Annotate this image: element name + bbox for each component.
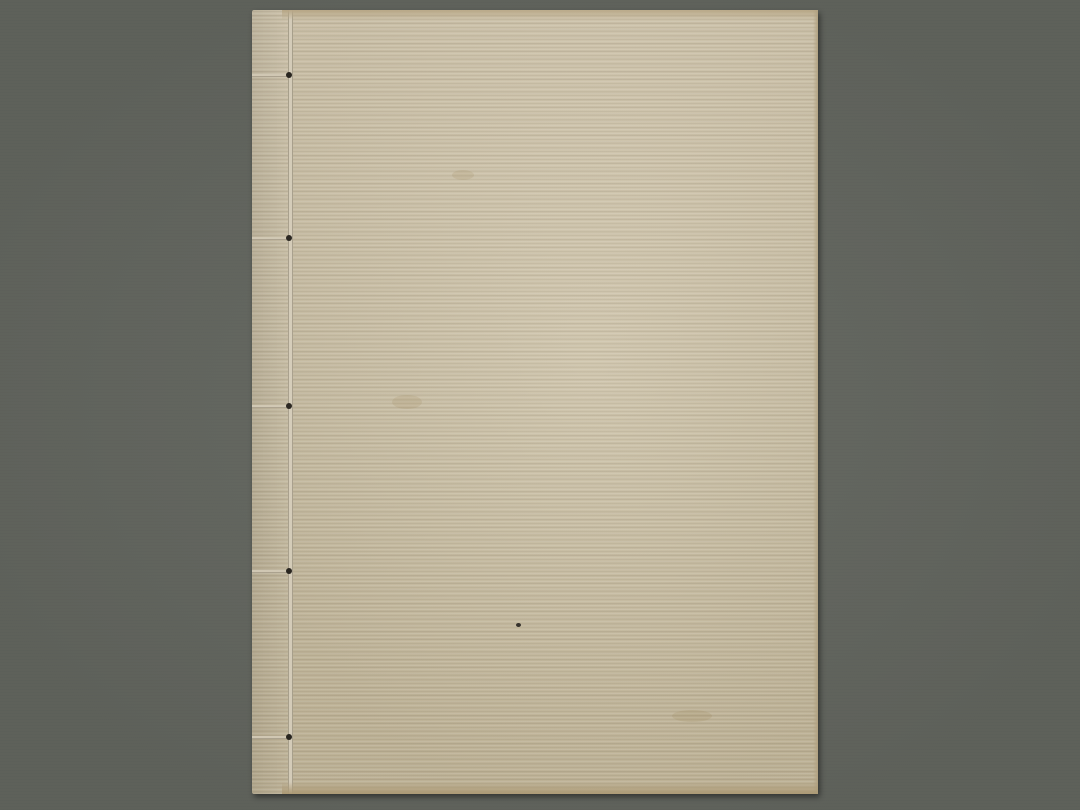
stitch (252, 74, 290, 77)
spine-strip (252, 10, 289, 794)
binding-hole (286, 235, 292, 241)
stitch (252, 237, 290, 240)
binding-thread (288, 10, 293, 794)
bottom-edge (282, 782, 818, 794)
stitch (252, 405, 290, 408)
top-edge (282, 10, 818, 20)
binding-hole (286, 734, 292, 740)
stitch (252, 736, 290, 739)
binding-hole (286, 72, 292, 78)
binding-hole (286, 403, 292, 409)
speck (516, 623, 521, 627)
stain (452, 170, 474, 180)
binding-hole (286, 568, 292, 574)
right-edge (813, 10, 818, 794)
book-cover (252, 10, 818, 794)
stain (392, 395, 422, 409)
stain (672, 710, 712, 722)
stitch (252, 570, 290, 573)
